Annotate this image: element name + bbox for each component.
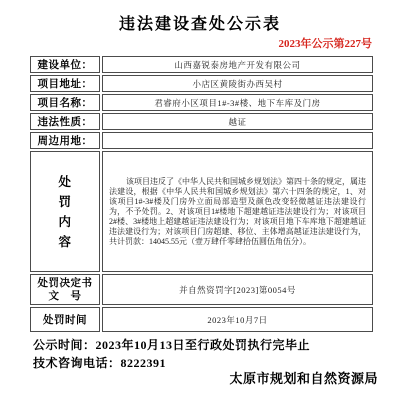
table-row-project-address: 项目地址： 小店区黄陵街办西吴村 xyxy=(30,75,373,92)
violation-nature-value: 越证 xyxy=(102,113,373,130)
decision-number-label-line2: 文 号 xyxy=(49,290,82,303)
project-address-value: 小店区黄陵街办西吴村 xyxy=(102,75,373,92)
notice-sheet: 违法建设查处公示表 2023年公示第227号 建设单位： 山西嘉锐泰房地产开发有… xyxy=(0,0,400,400)
project-address-label: 项目地址： xyxy=(30,75,100,92)
table-row-construction-unit: 建设单位： 山西嘉锐泰房地产开发有限公司 xyxy=(30,56,373,73)
construction-unit-value: 山西嘉锐泰房地产开发有限公司 xyxy=(102,56,373,73)
table-row-violation-nature: 违法性质： 越证 xyxy=(30,113,373,130)
decision-number-value: 并自然资罚字[2023]第0054号 xyxy=(102,274,373,305)
construction-unit-label: 建设单位： xyxy=(30,56,100,73)
surrounding-land-value xyxy=(102,132,373,149)
consult-phone-text: 技术咨询电话：8222391 xyxy=(33,354,166,371)
issuing-agency-name: 太原市规划和自然资源局 xyxy=(229,368,378,387)
penalty-content-cell: 该项目违反了《中华人民共和国城乡规划法》第四十条的规定，属违法建设，根据《中华人… xyxy=(102,151,373,272)
table-row-penalty-content: 处罚内容 该项目违反了《中华人民共和国城乡规划法》第四十条的规定，属违法建设，根… xyxy=(30,151,373,272)
notice-number: 2023年公示第227号 xyxy=(279,35,373,51)
table-row-penalty-time: 处罚时间 2023年10月7日 xyxy=(30,307,373,332)
penalty-content-text: 该项目违反了《中华人民共和国城乡规划法》第四十条的规定，属违法建设，根据《中华人… xyxy=(103,177,372,247)
violation-nature-label: 违法性质： xyxy=(30,113,100,130)
penalty-content-label: 处罚内容 xyxy=(58,172,72,252)
project-name-label: 项目名称： xyxy=(30,94,100,111)
page-title: 违法建设查处公示表 xyxy=(0,11,400,34)
decision-number-label-line1: 处罚决定书 xyxy=(38,277,93,290)
table-row-surrounding-land: 周边用地： xyxy=(30,132,373,149)
penalty-time-label: 处罚时间 xyxy=(30,307,100,332)
notice-table: 建设单位： 山西嘉锐泰房地产开发有限公司 项目地址： 小店区黄陵街办西吴村 项目… xyxy=(30,56,373,334)
table-row-decision-number: 处罚决定书 文 号 并自然资罚字[2023]第0054号 xyxy=(30,274,373,305)
publicity-period-text: 公示时间：2023年10月13日至行政处罚执行完毕止 xyxy=(33,336,310,353)
project-name-value: 君睿府小区项目1#-3#楼、地下车库及门房 xyxy=(102,94,373,111)
surrounding-land-label: 周边用地： xyxy=(30,132,100,149)
penalty-time-value: 2023年10月7日 xyxy=(102,307,373,332)
table-row-project-name: 项目名称： 君睿府小区项目1#-3#楼、地下车库及门房 xyxy=(30,94,373,111)
penalty-content-label-cell: 处罚内容 xyxy=(30,151,100,272)
decision-number-label: 处罚决定书 文 号 xyxy=(30,274,100,305)
